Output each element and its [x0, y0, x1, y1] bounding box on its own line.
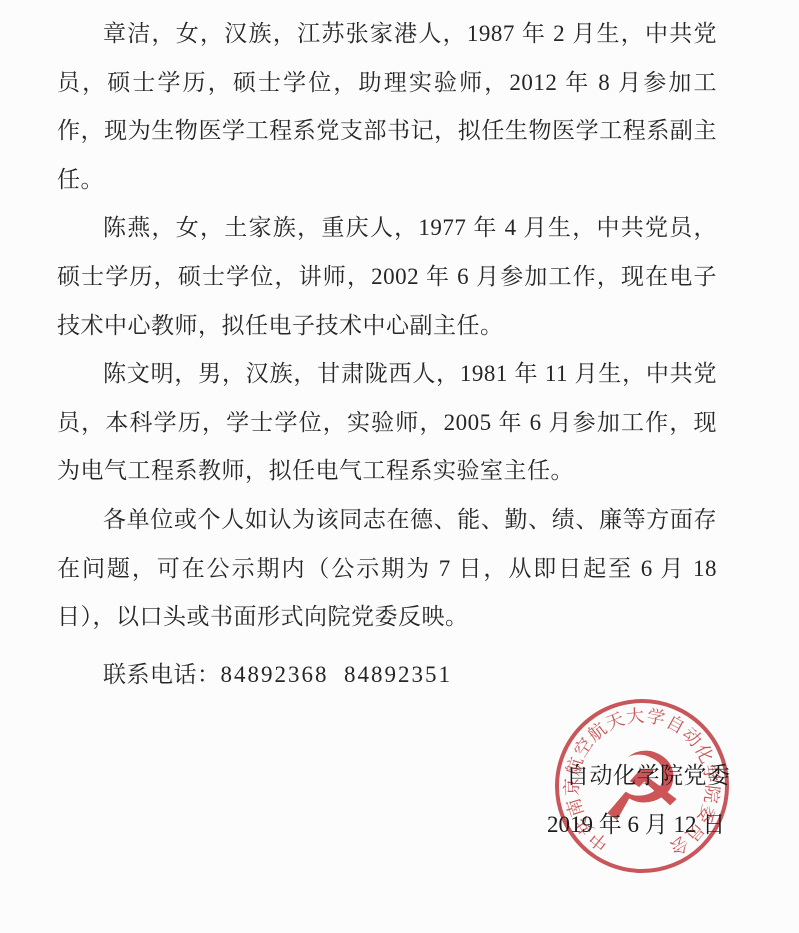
contact-line: 联系电话：84892368 84892351	[57, 651, 717, 700]
paragraph-chenyan: 陈燕，女，土家族，重庆人，1977 年 4 月生，中共党员，硕士学历，硕士学位，…	[57, 204, 717, 350]
scanned-document: { "page": { "background_color": "#fcfcfc…	[0, 0, 799, 933]
paragraph-public-notice: 各单位或个人如认为该同志在德、能、勤、绩、廉等方面存在问题，可在公示期内（公示期…	[57, 496, 717, 642]
paragraph-chenwenming: 陈文明，男，汉族，甘肃陇西人，1981 年 11 月生，中共党员，本科学历，学士…	[57, 350, 717, 496]
contact-label: 联系电话：	[103, 662, 221, 687]
contact-phone-numbers: 84892368 84892351	[221, 662, 453, 687]
document-body: 章洁，女，汉族，江苏张家港人，1987 年 2 月生，中共党员，硕士学历，硕士学…	[57, 10, 717, 699]
paragraph-zhangjie: 章洁，女，汉族，江苏张家港人，1987 年 2 月生，中共党员，硕士学历，硕士学…	[57, 10, 717, 204]
issue-date: 2019 年 6 月 12 日	[547, 806, 725, 839]
issuer-committee-name: 自动化学院党委	[566, 757, 731, 790]
document-page: 章洁，女，汉族，江苏张家港人，1987 年 2 月生，中共党员，硕士学历，硕士学…	[0, 0, 799, 933]
